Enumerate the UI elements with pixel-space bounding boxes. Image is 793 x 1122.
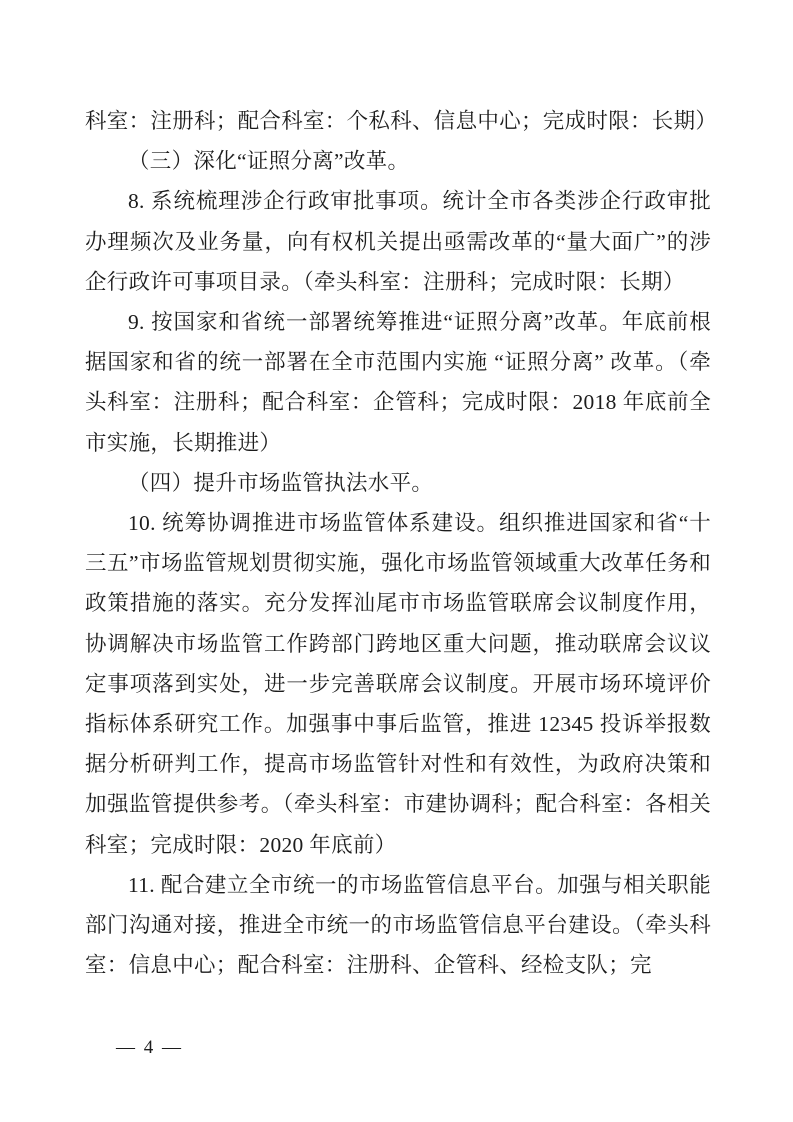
numbered-item-11: 11. 配合建立全市统一的市场监管信息平台。加强与相关职能部门沟通对接，推进全市… [85, 865, 711, 986]
numbered-item-8: 8. 系统梳理涉企行政审批事项。统计全市各类涉企行政审批办理频次及业务量，向有权… [85, 181, 711, 302]
numbered-item-10: 10. 统筹协调推进市场监管体系建设。组织推进国家和省“十三五”市场监管规划贯彻… [85, 503, 711, 865]
section-heading-4: （四）提升市场监管执法水平。 [85, 463, 711, 503]
document-page: 科室：注册科；配合科室：个私科、信息中心；完成时限：长期） （三）深化“证照分离… [0, 0, 793, 1122]
paragraph-continuation-from-previous-page: 科室：注册科；配合科室：个私科、信息中心；完成时限：长期） [85, 101, 711, 141]
numbered-item-9: 9. 按国家和省统一部署统筹推进“证照分离”改革。年底前根据国家和省的统一部署在… [85, 302, 711, 463]
section-heading-3: （三）深化“证照分离”改革。 [85, 141, 711, 181]
page-number: — 4 — [116, 1036, 183, 1060]
document-body: 科室：注册科；配合科室：个私科、信息中心；完成时限：长期） （三）深化“证照分离… [85, 101, 711, 985]
